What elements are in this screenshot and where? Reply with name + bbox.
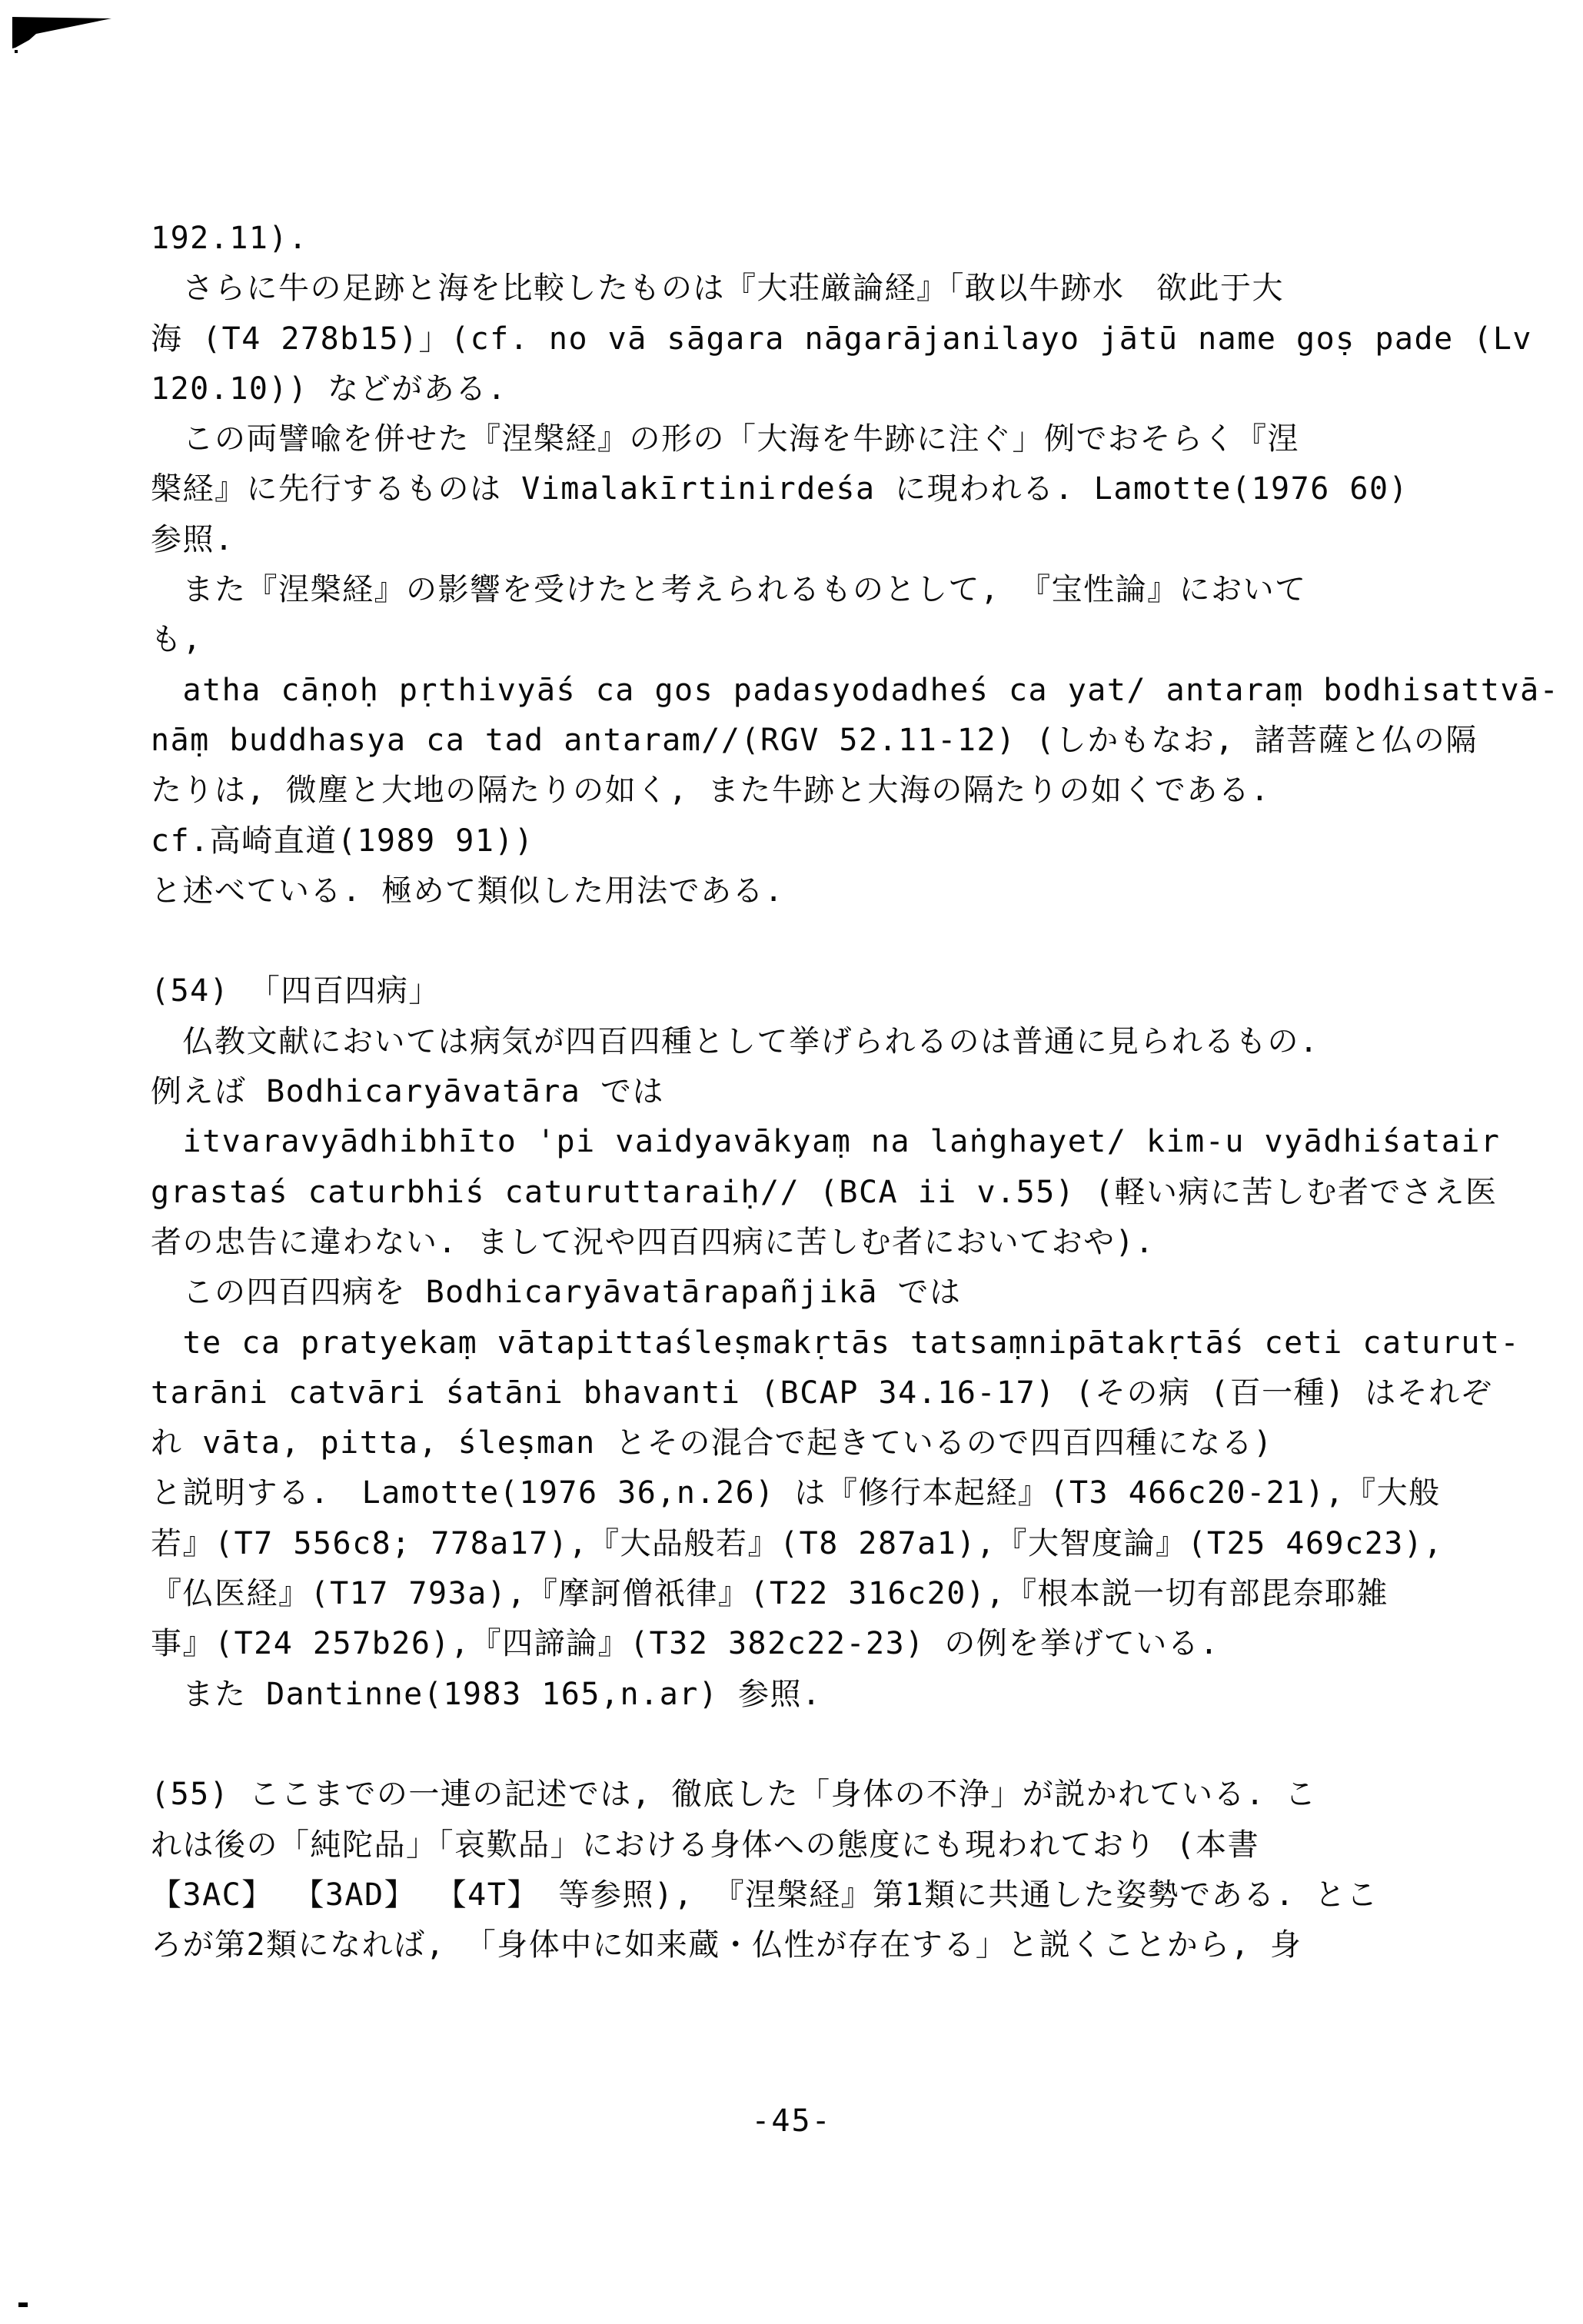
text-line: 192.11). (151, 214, 1458, 264)
text-line: 【3AC】 【3AD】 【4T】 等参照), 『涅槃経』第1類に共通した姿勢であ… (151, 1870, 1458, 1920)
document-page: 192.11). さらに牛の足跡と海を比較したものは『大荘厳論経』「敢以牛跡水 … (0, 0, 1583, 2324)
text-line: も, (151, 615, 1458, 665)
text-line: 若』(T7 556c8; 778a17),『大品般若』(T8 287a1),『大… (151, 1519, 1458, 1569)
text-line: れ vāta, pitta, śleṣman とその混合で起きているので四百四種… (151, 1418, 1458, 1468)
text-line: 120.10)) などがある. (151, 364, 1458, 414)
text-line: grastaś caturbhiś caturuttaraiḥ// (BCA i… (151, 1168, 1458, 1218)
text-line: 海 (T4 278b15)」(cf. no vā sāgara nāgarāja… (151, 314, 1458, 364)
text-line: また『涅槃経』の影響を受けたと考えられるものとして, 『宝性論』において (151, 565, 1458, 615)
text-line: (55) ここまでの一連の記述では, 徹底した「身体の不浄」が説かれている. こ (151, 1770, 1458, 1820)
document-body: 192.11). さらに牛の足跡と海を比較したものは『大荘厳論経』「敢以牛跡水 … (151, 214, 1458, 1970)
text-line: 事』(T24 257b26),『四諦論』(T32 382c22-23) の例を挙… (151, 1619, 1458, 1669)
text-line: (54) 「四百四病」 (151, 966, 1458, 1016)
text-line: と説明する. Lamotte(1976 36,n.26) は『修行本起経』(T3… (151, 1468, 1458, 1518)
text-line: と述べている. 極めて類似した用法である. (151, 866, 1458, 916)
text-line: 槃経』に先行するものは Vimalakīrtinirdeśa に現われる. La… (151, 464, 1458, 514)
text-line: te ca pratyekaṃ vātapittaśleṣmakṛtās tat… (151, 1318, 1458, 1368)
text-line: atha cāṇoḥ pṛthivyāś ca gos padasyodadhe… (151, 666, 1458, 716)
text-line: また Dantinne(1983 165,n.ar) 参照. (151, 1670, 1458, 1720)
text-line (151, 916, 1458, 966)
text-line: itvaravyādhibhīto 'pi vaidyavākyaṃ na la… (151, 1117, 1458, 1167)
text-line (151, 1720, 1458, 1770)
text-line: 参照. (151, 515, 1458, 565)
text-line: たりは, 微塵と大地の隔たりの如く, また牛跡と大海の隔たりの如くである. (151, 766, 1458, 816)
scan-artifact-top-left (0, 0, 123, 62)
text-line: この四百四病を Bodhicaryāvatārapañjikā では (151, 1268, 1458, 1318)
scan-artifact-bottom-left (18, 2302, 28, 2307)
text-line: れは後の「純陀品」「哀歎品」における身体への態度にも現われており (本書 (151, 1820, 1458, 1870)
text-line: この両譬喩を併せた『涅槃経』の形の「大海を牛跡に注ぐ」例でおそらく『涅 (151, 414, 1458, 464)
text-line: 仏教文献においては病気が四百四種として挙げられるのは普通に見られるもの. (151, 1017, 1458, 1067)
text-line: 者の忠告に違わない. まして況や四百四病に苦しむ者においておや). (151, 1218, 1458, 1268)
text-line: さらに牛の足跡と海を比較したものは『大荘厳論経』「敢以牛跡水 欲此于大 (151, 264, 1458, 314)
text-line: 『仏医経』(T17 793a),『摩訶僧祇律』(T22 316c20),『根本説… (151, 1569, 1458, 1619)
page-number: -45- (0, 2103, 1583, 2139)
text-line: 例えば Bodhicaryāvatāra では (151, 1067, 1458, 1117)
text-line: tarāni catvāri śatāni bhavanti (BCAP 34.… (151, 1368, 1458, 1418)
text-line: cf.高崎直道(1989 91)) (151, 816, 1458, 866)
text-line: nāṃ buddhasya ca tad antaram//(RGV 52.11… (151, 716, 1458, 766)
text-line: ろが第2類になれば, 「身体中に如来蔵・仏性が存在する」と説くことから, 身 (151, 1920, 1458, 1970)
